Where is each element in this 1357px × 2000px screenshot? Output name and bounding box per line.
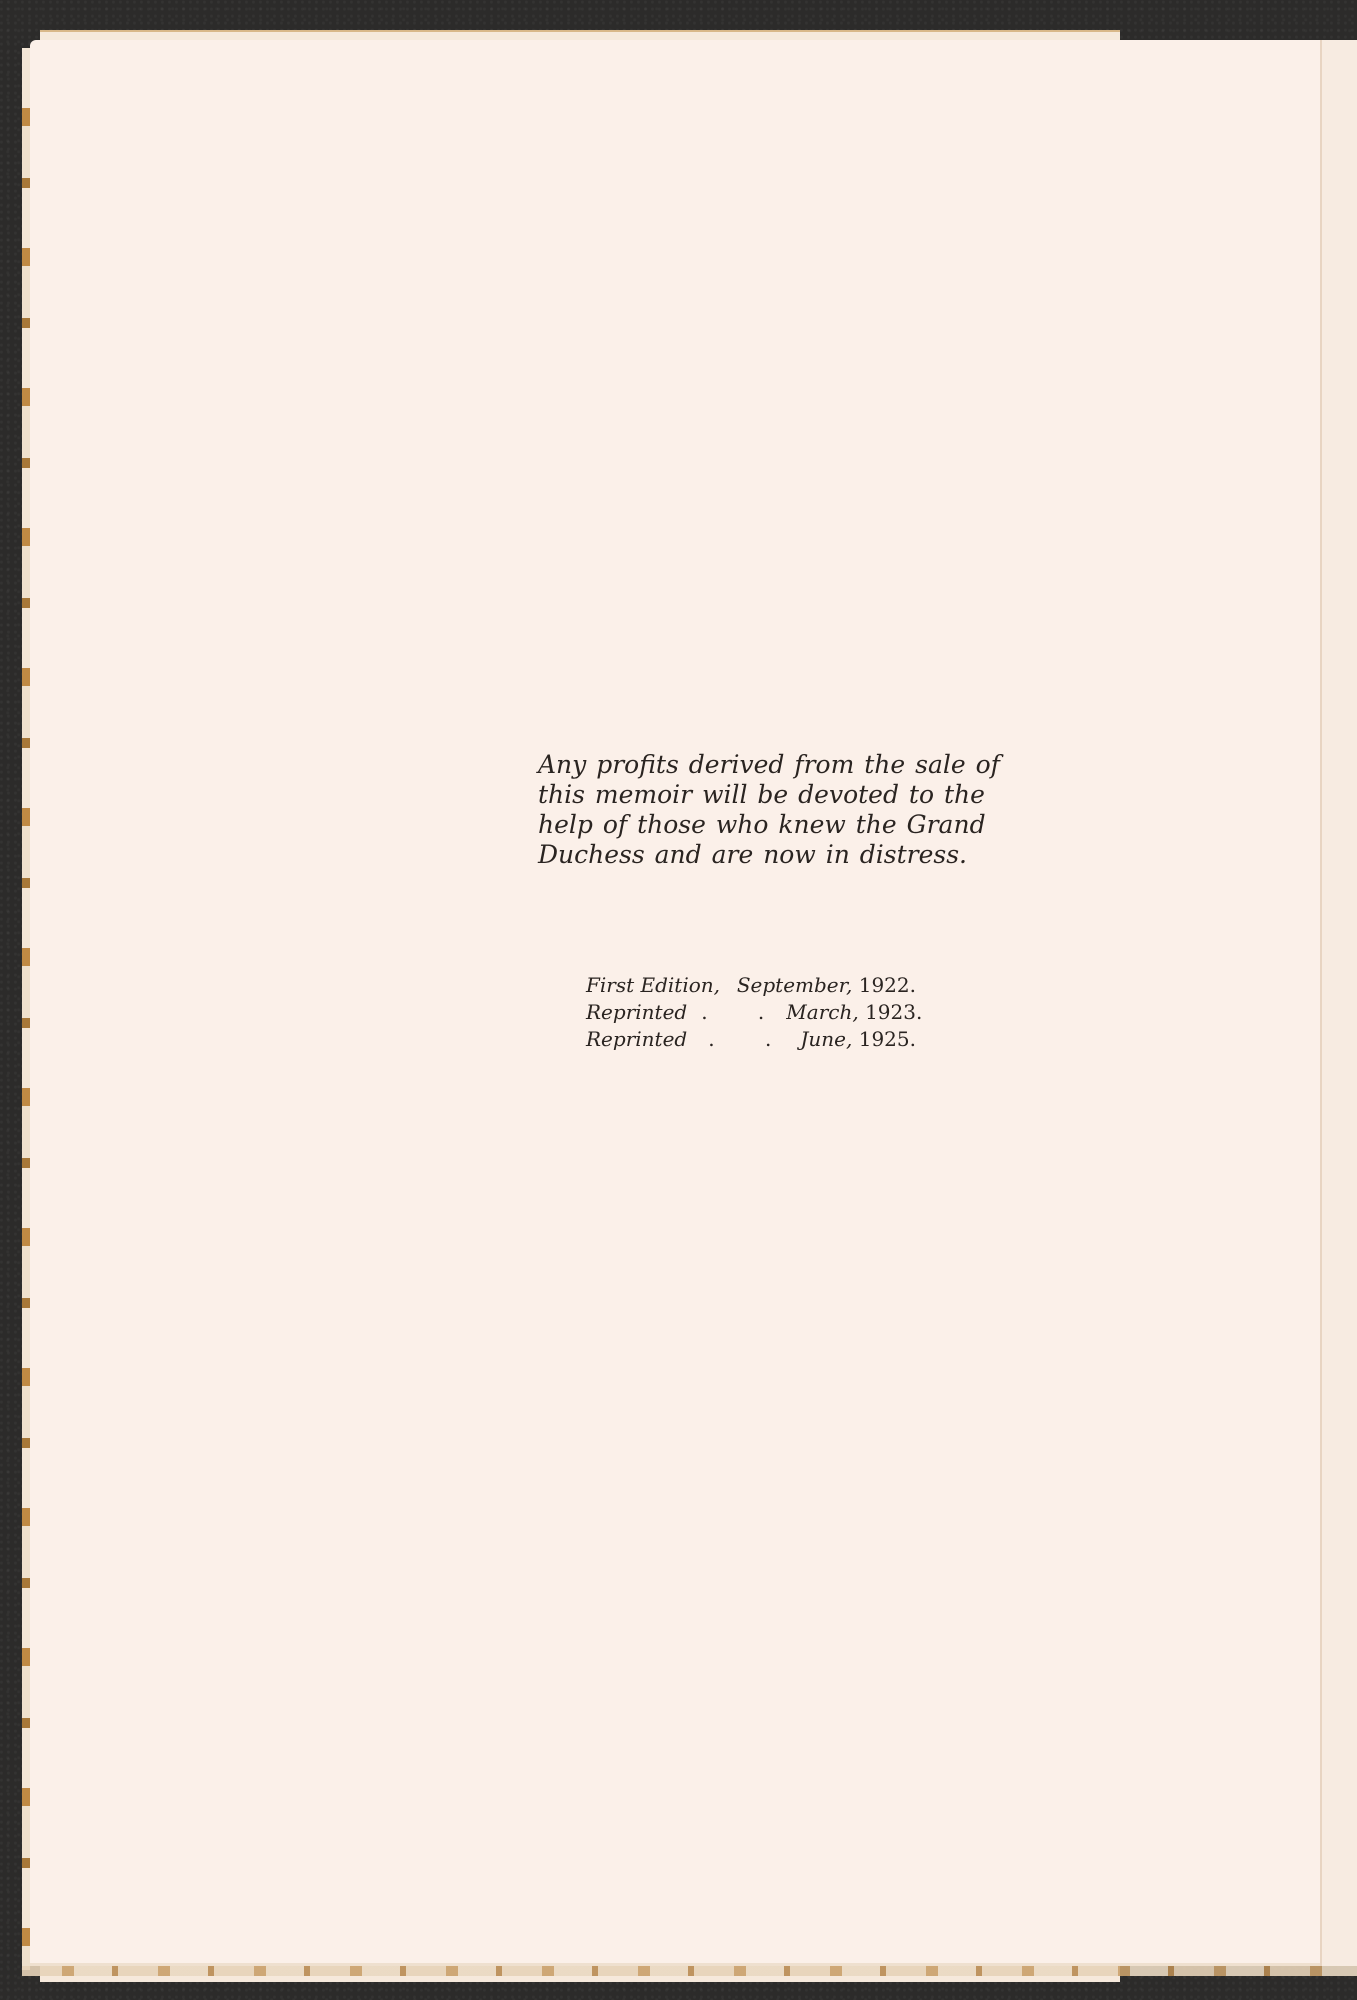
edition-month: September,	[737, 973, 853, 997]
edition-row: First Edition, September, 1922.	[586, 972, 916, 999]
edition-row: Reprinted . . March, 1923.	[586, 999, 916, 1026]
dedication-line: Duchess and are now in distress.	[538, 840, 966, 870]
dedication-line: this memoir will be devoted to the	[538, 780, 966, 810]
edition-row: Reprinted . . June, 1925.	[586, 1026, 916, 1053]
left-book-edge	[22, 48, 30, 1970]
edition-date: June, 1925.	[800, 1026, 916, 1053]
edition-date: March, 1923.	[786, 999, 922, 1026]
bottom-book-edge	[22, 1966, 1357, 1976]
edition-history: First Edition, September, 1922. Reprinte…	[586, 972, 916, 1053]
edition-date: September, 1922.	[737, 972, 916, 999]
edition-month: June,	[800, 1027, 852, 1051]
dedication-note: Any profits derived from the sale of thi…	[538, 750, 966, 870]
edition-month: March,	[786, 1000, 858, 1024]
edition-dots: . .	[687, 999, 786, 1026]
edition-label: Reprinted	[586, 1026, 687, 1053]
edition-label: First Edition,	[586, 972, 720, 999]
edition-dots: . .	[687, 1026, 800, 1053]
facing-page-strip	[1322, 40, 1357, 1966]
edition-year: 1923.	[865, 1000, 922, 1024]
edition-label: Reprinted	[586, 999, 687, 1026]
dedication-line: help of those who knew the Grand	[538, 810, 966, 840]
edition-year: 1925.	[859, 1027, 916, 1051]
dedication-line: Any profits derived from the sale of	[538, 750, 966, 780]
edition-year: 1922.	[859, 973, 916, 997]
